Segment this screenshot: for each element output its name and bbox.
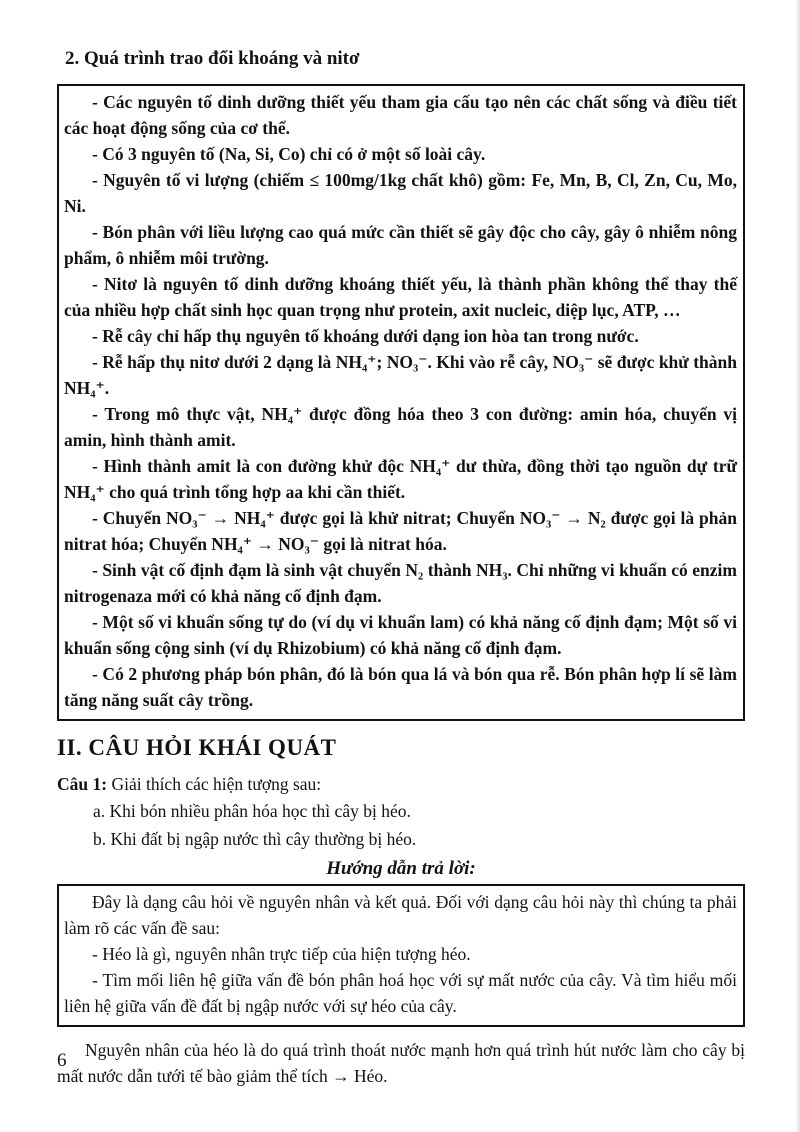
- summary-item: - Rễ hấp thụ nitơ dưới 2 dạng là NH₄⁺; N…: [64, 349, 737, 401]
- summary-item: - Nguyên tố vi lượng (chiếm ≤ 100mg/1kg …: [64, 167, 737, 219]
- closing-paragraph: Nguyên nhân của héo là do quá trình thoá…: [57, 1037, 745, 1089]
- summary-item: - Trong mô thực vật, NH₄⁺ được đồng hóa …: [64, 401, 737, 453]
- scan-edge-shadow: [795, 0, 800, 1132]
- section-1-heading: 2. Quá trình trao đổi khoáng và nitơ: [65, 48, 745, 70]
- summary-item: - Có 3 nguyên tố (Na, Si, Co) chỉ có ở m…: [64, 141, 737, 167]
- summary-item: - Các nguyên tố dinh dưỡng thiết yếu tha…: [64, 89, 737, 141]
- guide-item: - Héo là gì, nguyên nhân trực tiếp của h…: [64, 941, 737, 967]
- summary-item: - Hình thành amit là con đường khử độc N…: [64, 453, 737, 505]
- question-1-text: Giải thích các hiện tượng sau:: [111, 774, 321, 794]
- summary-item: - Nitơ là nguyên tố dinh dưỡng khoáng th…: [64, 271, 737, 323]
- guide-item: - Tìm mối liên hệ giữa vấn đề bón phân h…: [64, 967, 737, 1019]
- summary-item: - Chuyển NO₃⁻ → NH₄⁺ được gọi là khử nit…: [64, 505, 737, 557]
- question-1: Câu 1: Giải thích các hiện tượng sau:: [57, 771, 745, 797]
- summary-item: - Một số vi khuẩn sống tự do (ví dụ vi k…: [64, 609, 737, 661]
- section-2-title: II. CÂU HỎI KHÁI QUÁT: [57, 735, 745, 761]
- question-1b: b. Khi đất bị ngập nước thì cây thường b…: [57, 825, 745, 853]
- guide-item: Đây là dạng câu hỏi về nguyên nhân và kế…: [64, 889, 737, 941]
- summary-item: - Sinh vật cố định đạm là sinh vật chuyể…: [64, 557, 737, 609]
- summary-item: - Rễ cây chỉ hấp thụ nguyên tố khoáng dư…: [64, 323, 737, 349]
- summary-item: - Bón phân với liều lượng cao quá mức cầ…: [64, 219, 737, 271]
- answer-guide-box: Đây là dạng câu hỏi về nguyên nhân và kế…: [57, 884, 745, 1027]
- question-1a: a. Khi bón nhiều phân hóa học thì cây bị…: [57, 797, 745, 825]
- summary-item: - Có 2 phương pháp bón phân, đó là bón q…: [64, 661, 737, 713]
- document-page: 2. Quá trình trao đổi khoáng và nitơ - C…: [0, 0, 800, 1132]
- page-number: 6: [57, 1050, 67, 1072]
- answer-guide-heading: Hướng dẫn trả lời:: [57, 856, 745, 882]
- question-1-label: Câu 1:: [57, 774, 107, 794]
- summary-box: - Các nguyên tố dinh dưỡng thiết yếu tha…: [57, 84, 745, 721]
